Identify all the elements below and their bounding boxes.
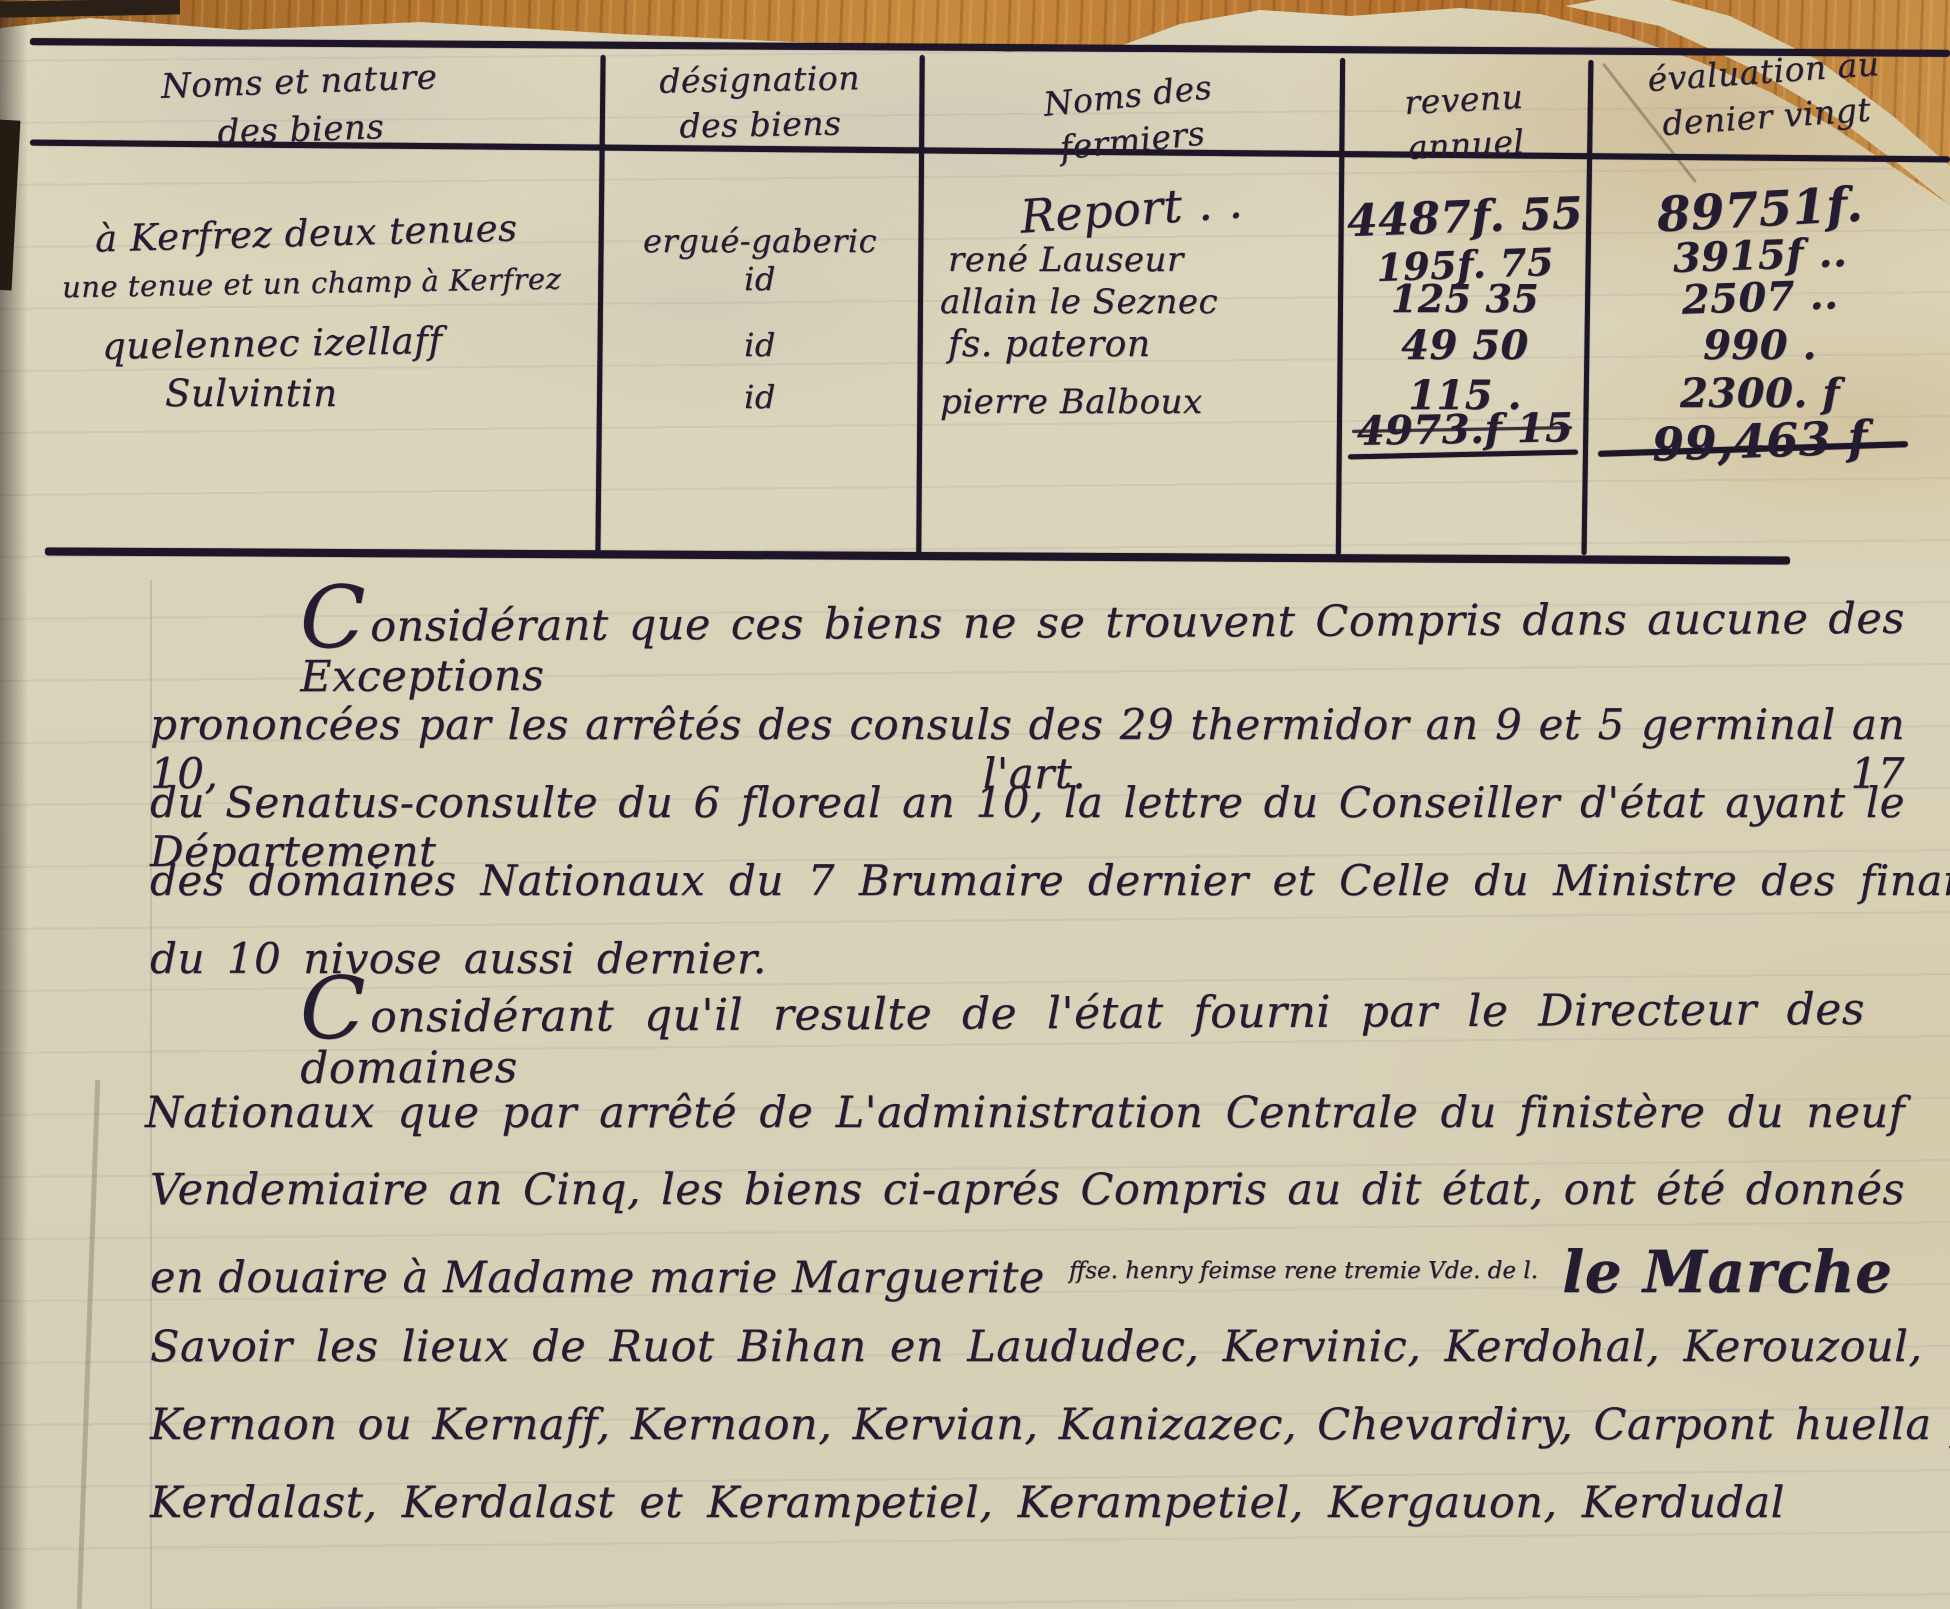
property-name: Sulvintin: [165, 372, 338, 415]
designation-cell: id: [600, 326, 920, 364]
body-line-douaire: en douaire à Madame marie Marguerite ffs…: [150, 1238, 1893, 1306]
designation-cell: id: [600, 260, 920, 298]
valuation-cell: 990 .: [1595, 322, 1925, 369]
manuscript-page: Noms et nature des biens désignation des…: [0, 0, 1950, 1609]
body-line: Kerdalast, Kerdalast et Kerampetiel, Ker…: [150, 1478, 1785, 1528]
revenue-cell: 125 35: [1345, 276, 1585, 321]
body-line: Kernaon ou Kernaff, Kernaon, Kervian, Ka…: [150, 1400, 1950, 1450]
valuation-total: 99,463 f: [1594, 408, 1926, 473]
header-line: des biens: [600, 102, 921, 147]
header-designation: désignation des biens: [599, 57, 920, 147]
body-text: onsidérant que ces biens ne se trouvent …: [300, 594, 1905, 702]
header-noms-nature: Noms et nature des biens: [59, 54, 542, 159]
body-line: Vendemiaire an Cinq, les biens ci-aprés …: [150, 1165, 1905, 1215]
body-text: onsidérant qu'il resulte de l'état fourn…: [300, 984, 1865, 1094]
designation-cell: ergué-gaberic: [600, 222, 920, 260]
header-line: désignation: [599, 57, 920, 102]
top-left-dark-mark: [0, 0, 180, 18]
body-line: Considérant que ces biens ne se trouvent…: [300, 594, 1906, 702]
farmer-cell: allain le Seznec: [940, 282, 1218, 322]
douaire-name: le Marche: [1562, 1238, 1892, 1306]
header-revenu: revenu annuel: [1343, 74, 1587, 170]
property-name: quelennec izellaff: [102, 319, 443, 368]
designation-cell: id: [600, 378, 920, 416]
revenue-total: 4973.f 15: [1340, 404, 1591, 455]
body-line: Nationaux que par arrêté de L'administra…: [145, 1088, 1905, 1138]
revenue-cell: 49 50: [1345, 322, 1585, 369]
body-line: Considérant qu'il resulte de l'état four…: [300, 984, 1866, 1094]
douaire-pre: en douaire à Madame marie Marguerite: [150, 1253, 1045, 1303]
farmer-cell: fs. pateron: [948, 324, 1151, 365]
body-line: du 10 nivose aussi dernier.: [150, 934, 767, 983]
body-line: des domaines Nationaux du 7 Brumaire der…: [150, 856, 1950, 905]
body-line: Savoir les lieux de Ruot Bihan en Laudud…: [150, 1322, 1923, 1372]
farmer-cell: rené Lauseur: [948, 240, 1184, 280]
farmer-cell: pierre Balboux: [940, 382, 1203, 422]
interlined-note: ffse. henry feimse rene tremie Vde. de l…: [1069, 1258, 1538, 1284]
